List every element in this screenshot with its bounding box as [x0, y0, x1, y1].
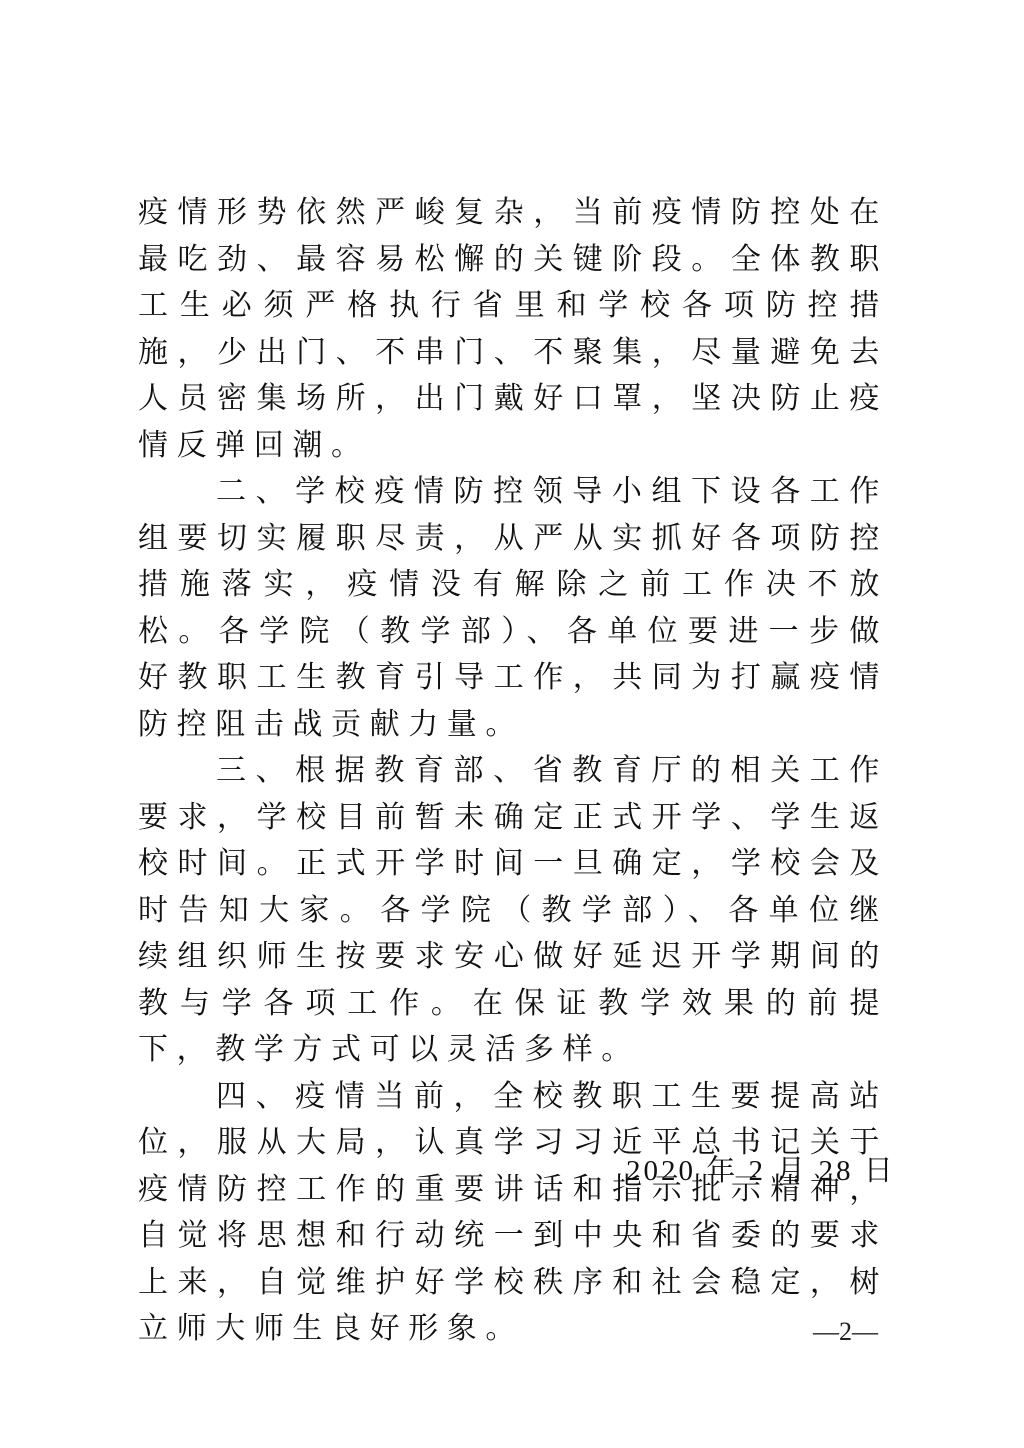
paragraph-continuation: 疫情形势依然严峻复杂，当前疫情防控处在最吃劲、最容易松懈的关键阶段。全体教职工生…: [138, 190, 888, 469]
paragraph-item-3: 三、根据教育部、省教育厅的相关工作要求，学校目前暂未确定正式开学、学生返校时间。…: [138, 748, 888, 1074]
paragraph-item-2: 二、学校疫情防控领导小组下设各工作组要切实履职尽责，从严从实抓好各项防控措施落实…: [138, 469, 888, 748]
document-date: 2020 年 2 月 28 日: [626, 1148, 896, 1189]
paragraph-item-4: 四、疫情当前，全校教职工生要提高站位，服从大局，认真学习习近平总书记关于疫情防控…: [138, 1074, 888, 1353]
document-page: 疫情形势依然严峻复杂，当前疫情防控处在最吃劲、最容易松懈的关键阶段。全体教职工生…: [0, 0, 1024, 1448]
page-number: —2—: [813, 1317, 878, 1347]
